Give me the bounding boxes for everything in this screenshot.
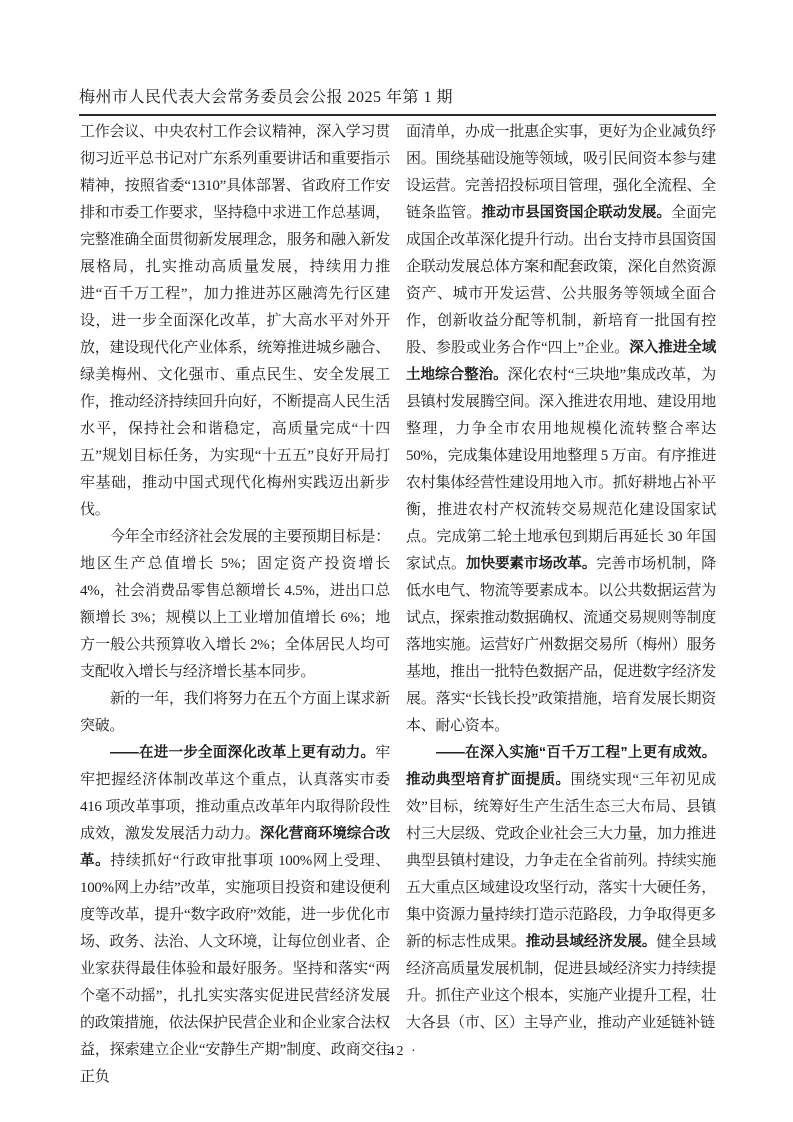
running-header: 梅州市人民代表大会常务委员会公报 2025 年第 1 期 bbox=[79, 84, 716, 116]
header-title: 梅州市人民代表大会常务委员会公报 2025 年第 1 期 bbox=[79, 89, 453, 106]
page-number: · 42 · bbox=[375, 1044, 417, 1059]
bold-run: 推动市县国资国企联动发展。 bbox=[481, 205, 671, 221]
text-run: 今年全市经济社会发展的主要预期目标是：地区生产总值增长 5%；固定资产投资增长 … bbox=[80, 529, 390, 680]
paragraph: 面清单，办成一批惠企实事，更好为企业减负纾困。围绕基础设施等领域，吸引民间资本参… bbox=[406, 119, 716, 740]
left-column: 工作会议、中央农村工作会议精神，深入学习贯彻习近平总书记对广东系列重要讲话和重要… bbox=[80, 119, 390, 1091]
bold-run: ——在进一步全面深化改革上更有动力。 bbox=[110, 745, 375, 761]
text-run: 新的一年，我们将努力在五个方面上谋求新突破。 bbox=[80, 691, 390, 734]
document-page: 梅州市人民代表大会常务委员会公报 2025 年第 1 期 工作会议、中央农村工作… bbox=[0, 0, 793, 1122]
text-run: 工作会议、中央农村工作会议精神，深入学习贯彻习近平总书记对广东系列重要讲话和重要… bbox=[80, 124, 390, 518]
paragraph: 今年全市经济社会发展的主要预期目标是：地区生产总值增长 5%；固定资产投资增长 … bbox=[80, 524, 390, 686]
paragraph: ——在进一步全面深化改革上更有动力。牢牢把握经济体制改革这个重点，认真落实市委 … bbox=[80, 740, 390, 1091]
text-run: 全面完成国企改革深化提升行动。出台支持市县国资国企联动发展总体方案和配套政策，深… bbox=[406, 205, 716, 356]
bold-run: 推动县域经济发展。 bbox=[526, 934, 656, 950]
paragraph: 新的一年，我们将努力在五个方面上谋求新突破。 bbox=[80, 686, 390, 740]
right-column: 面清单，办成一批惠企实事，更好为企业减负纾困。围绕基础设施等领域，吸引民间资本参… bbox=[406, 119, 716, 1091]
paragraph: 工作会议、中央农村工作会议精神，深入学习贯彻习近平总书记对广东系列重要讲话和重要… bbox=[80, 119, 390, 524]
text-run: 深化农村“三块地”集成改革，为县镇村发展腾空间。深入推进农用地、建设用地整理，力… bbox=[406, 367, 716, 572]
text-run: 围绕实现“三年初见成效”目标，统筹好生产生活生态三大布局、县镇村三大层级、党政企… bbox=[406, 772, 716, 950]
body-columns: 工作会议、中央农村工作会议精神，深入学习贯彻习近平总书记对广东系列重要讲话和重要… bbox=[80, 119, 716, 1091]
text-run: 完善市场机制，降低水电气、物流等要素成本。以公共数据运营为试点，探索推动数据确权… bbox=[406, 556, 716, 734]
bold-run: 加快要素市场改革。 bbox=[466, 556, 596, 572]
paragraph: ——在深入实施“百千万工程”上更有成效。推动典型培育扩面提质。围绕实现“三年初见… bbox=[406, 740, 716, 1037]
page-footer: · 42 · bbox=[0, 1044, 793, 1060]
